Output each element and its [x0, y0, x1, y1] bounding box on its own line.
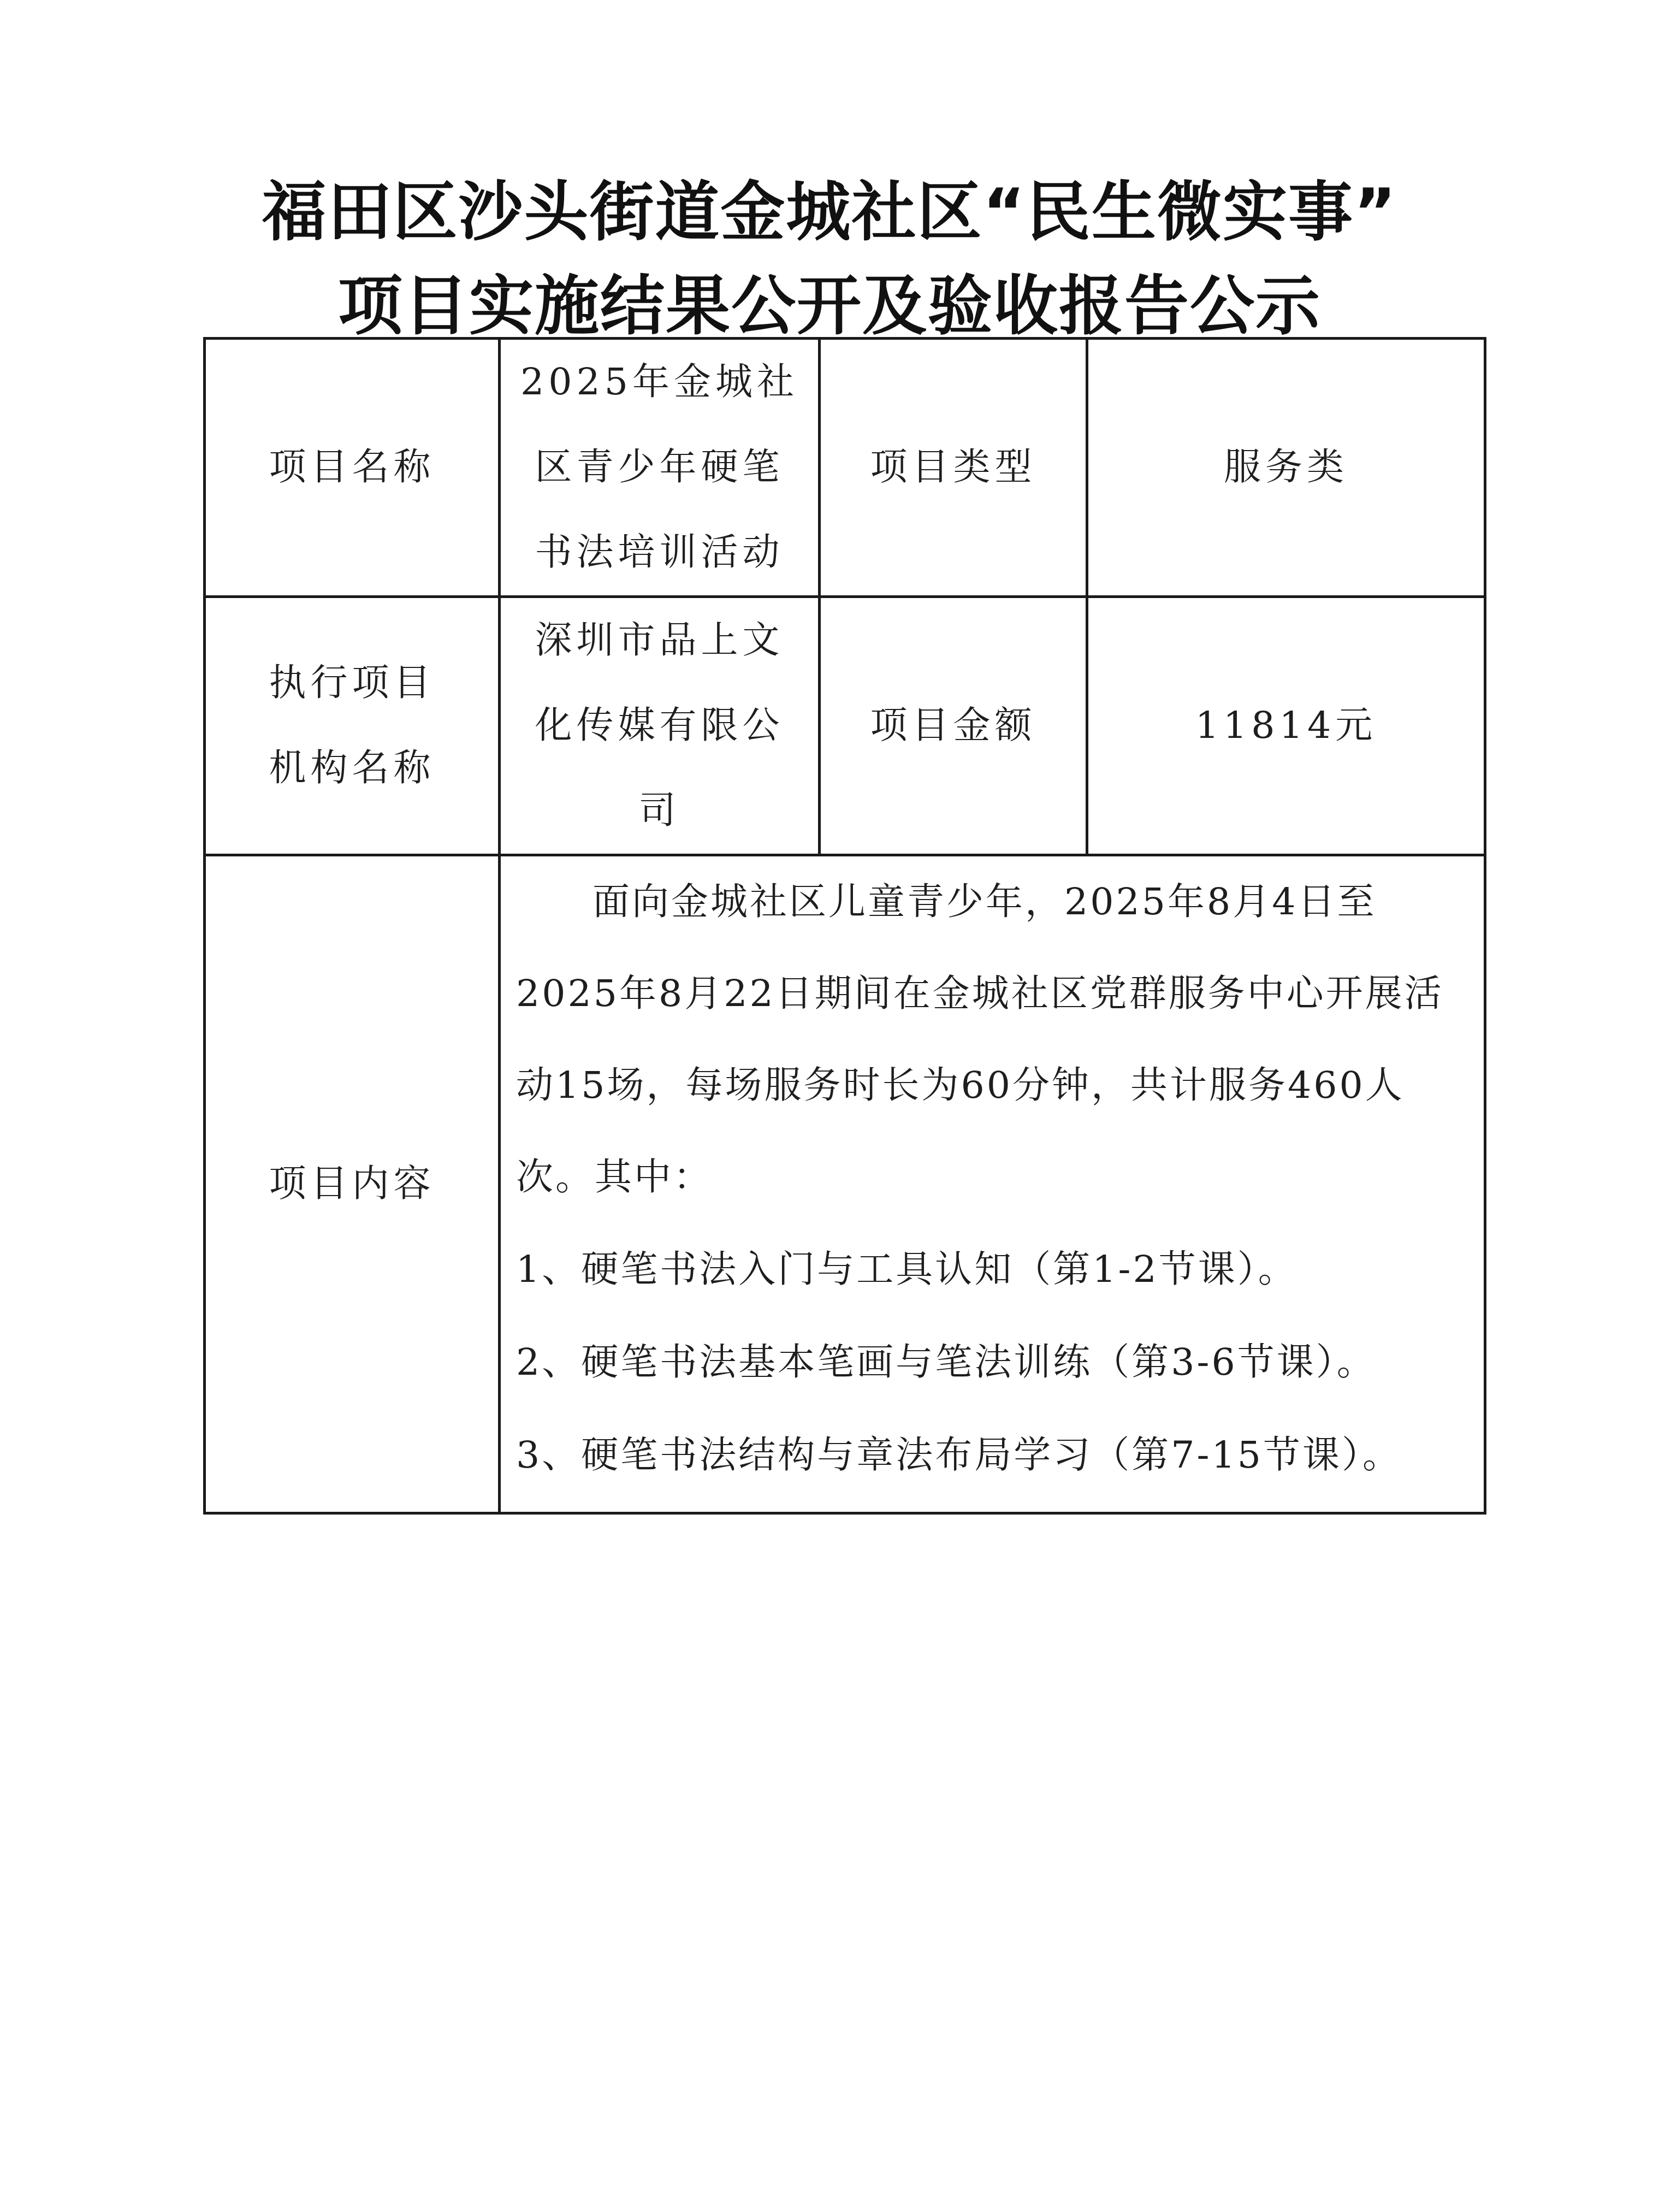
- document-title-line-1: 福田区沙头街道金城社区“民生微实事”: [0, 174, 1659, 250]
- label-project-content: 项目内容: [205, 855, 500, 1513]
- label-project-name: 项目名称: [205, 339, 500, 597]
- value-project-name: 2025年金城社 区青少年硬笔 书法培训活动: [500, 339, 820, 597]
- value-project-name-line: 书法培训活动: [512, 510, 807, 595]
- content-paragraph: 面向金城社区儿童青少年，2025年8月4日至2025年8月22日期间在金城社区党…: [516, 856, 1474, 1223]
- value-project-content: 面向金城社区儿童青少年，2025年8月4日至2025年8月22日期间在金城社区党…: [500, 855, 1485, 1513]
- project-info-table: 项目名称 2025年金城社 区青少年硬笔 书法培训活动 项目类型 服务类 执行项…: [203, 337, 1486, 1515]
- document-title-line-2: 项目实施结果公开及验收报告公示: [0, 268, 1659, 344]
- table-row-content: 项目内容 面向金城社区儿童青少年，2025年8月4日至2025年8月22日期间在…: [205, 855, 1485, 1513]
- content-list-item: 2、硬笔书法基本笔画与笔法训练（第3-6节课）。: [516, 1316, 1474, 1409]
- label-project-type: 项目类型: [820, 339, 1087, 597]
- label-executing-org: 执行项目 机构名称: [205, 597, 500, 855]
- value-project-amount: 11814元: [1087, 597, 1485, 855]
- table-row-project-name: 项目名称 2025年金城社 区青少年硬笔 书法培训活动 项目类型 服务类: [205, 339, 1485, 597]
- label-executing-org-line: 执行项目: [217, 641, 487, 726]
- value-executing-org-line: 司: [512, 768, 807, 854]
- value-project-name-line: 2025年金城社: [512, 340, 807, 425]
- label-project-amount: 项目金额: [820, 597, 1087, 855]
- label-executing-org-line: 机构名称: [217, 726, 487, 811]
- value-project-name-line: 区青少年硬笔: [512, 425, 807, 510]
- value-project-type: 服务类: [1087, 339, 1485, 597]
- value-executing-org-line: 化传媒有限公: [512, 683, 807, 768]
- value-executing-org: 深圳市品上文 化传媒有限公 司: [500, 597, 820, 855]
- table-row-org: 执行项目 机构名称 深圳市品上文 化传媒有限公 司 项目金额 11814元: [205, 597, 1485, 855]
- content-list-item: 1、硬笔书法入门与工具认知（第1-2节课）。: [516, 1223, 1474, 1316]
- content-list-item: 3、硬笔书法结构与章法布局学习（第7-15节课）。: [516, 1409, 1474, 1502]
- value-executing-org-line: 深圳市品上文: [512, 598, 807, 683]
